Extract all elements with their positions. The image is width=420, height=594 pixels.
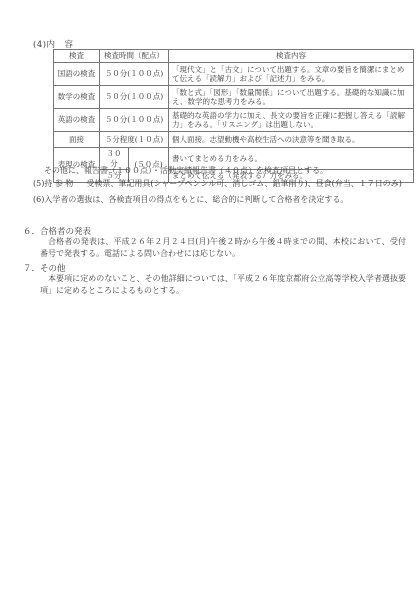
exam-time: ５分程度(１０点) (100, 132, 169, 148)
item-5-belongings: (5)持 参 物 受検票、筆記用具(シャープペンシル可、消しゴム、鉛筆削り)、昼… (33, 178, 402, 189)
exam-name: 数学の検査 (54, 86, 100, 109)
exam-description: 基礎的な英語の学力に加え、長文の要旨を正確に把握し答える「読解力」をみる。「リス… (169, 109, 414, 132)
table-row-math: 数学の検査 ５０分(１００点) 「数と式」「図形」「数量関係」について出題する。… (54, 86, 414, 109)
exam-time: ５０分(１００点) (100, 86, 169, 109)
table-row-interview: 面接 ５分程度(１０点) 個人面接。志望動機や高校生活への決意等を聞き取る。 (54, 132, 414, 148)
exam-name: 英語の検査 (54, 109, 100, 132)
item-5-label: (5)持 参 物 (33, 178, 73, 189)
exam-name: 国語の検査 (54, 63, 100, 86)
exam-description: 「数と式」「図形」「数量関係」について出題する。基礎的な知識に加え、数学的な思考… (169, 86, 414, 109)
col-header-exam: 検査 (54, 50, 100, 63)
exam-table-header-row: 検査 検査時間（配点） 検査内容 (54, 50, 414, 63)
section-7-body: 本要項に定めのないこと、その他詳細については、「平成２６年度京都府公立高等学校入… (40, 273, 406, 297)
exam-description: 「現代文」と「古文」について出題する。文章の要旨を簡潔にまとめて伝える「読解力」… (169, 63, 414, 86)
table-note: その他に、報告書（１００点）・活動実績報告書（４０点）を検査項目とする。 (44, 165, 328, 176)
exam-time: ５０分(１００点) (100, 63, 169, 86)
col-header-description: 検査内容 (169, 50, 414, 63)
table-row-english: 英語の検査 ５０分(１００点) 基礎的な英語の学力に加え、長文の要旨を正確に把握… (54, 109, 414, 132)
section-6-body: 合格者の発表は、平成２６年２月２４日(月)午後２時から午後４時までの間、本校にお… (40, 236, 406, 260)
item-6-selection: (6)入学者の選抜は、各検査項目の得点をもとに、総合的に判断して合格者を決定する… (33, 194, 348, 205)
item-5-text: 受検票、筆記用具(シャープペンシル可、消しゴム、鉛筆削り)、昼食(弁当、１７日の… (86, 178, 401, 189)
exam-table: 検査 検査時間（配点） 検査内容 国語の検査 ５０分(１００点) 「現代文」と「… (53, 49, 414, 183)
exam-name: 面接 (54, 132, 100, 148)
exam-time: ５０分(１００点) (100, 109, 169, 132)
col-header-time-points: 検査時間（配点） (100, 50, 169, 63)
table-row-japanese: 国語の検査 ５０分(１００点) 「現代文」と「古文」について出題する。文章の要旨… (54, 63, 414, 86)
document-page: (4)内 容 検査 検査時間（配点） 検査内容 国語の検査 ５０分(１００点) … (0, 0, 420, 594)
exam-description: 個人面接。志望動機や高校生活への決意等を聞き取る。 (169, 132, 414, 148)
